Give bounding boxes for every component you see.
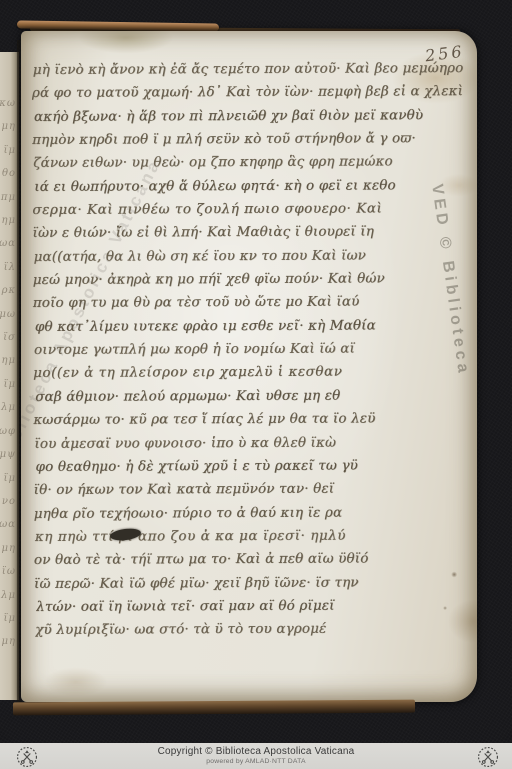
manuscript-line: ιά ει θωπήρυτο· αχθ ἅ θύλεω φητά· κὴ ο φ… [34, 174, 464, 199]
manuscript-line: κη πηὼ ττί ρϊ απο ζου ἀ κα μα ϊρεσϊ· ημλ… [35, 524, 466, 549]
manuscript-line: ζάνων ειθων· υμ θεὼ· ομ ζπο κηφηρ ἃς φρη… [33, 150, 464, 175]
manuscript-line: μηθα ρῖο τεχήοωιο· πύριο το ἀ θαύ κιη ϊε… [34, 501, 466, 526]
manuscript-line: ϊὼν ε θιών· ἴω εἰ θὶ λπή· Καὶ Μαθιὰς ϊ θ… [32, 220, 464, 245]
manuscript-line: ϊου ἀμεσαϊ νυο φυνοισο· ἱπο ὺ κα θλεθ ϊκ… [34, 431, 465, 456]
copyright-text: Copyright © Biblioteca Apostolica Vatica… [0, 743, 512, 757]
footer-bar: Copyright © Biblioteca Apostolica Vatica… [0, 743, 512, 769]
digitized-manuscript-photo: κω μη ϊμ θο πμ ημ ωα ϊλ ρκ μω ϊσ ημ ϊμ λ… [0, 0, 512, 769]
manuscript-line: λτών· οαϊ ϊη ϊωνιὰ τεῖ· σαϊ μαν αϊ θό ρϊ… [36, 594, 466, 619]
manuscript-line: ρά φο το ματοῦ χαμωή· λδ᾽ Καὶ τὸν ϊὼν· π… [32, 80, 464, 105]
book-bottom-edge [13, 700, 415, 716]
facing-page-text-fragments: κω μη ϊμ θο πμ ημ ωα ϊλ ρκ μω ϊσ ημ ϊμ λ… [0, 92, 16, 654]
manuscript-line: μα((ατήα, θα λι θὼ ση κέ ϊου κν το που Κ… [34, 244, 465, 269]
vatican-emblem-icon [477, 746, 499, 768]
manuscript-line: μεώ μηον· ἀκηρὰ κη μο πήϊ χεθ φϊω πούν· … [33, 267, 465, 292]
manuscript-line: σαβ άθμιον· πελού αρμωμω· Καὶ υθσε μη εθ [35, 384, 465, 409]
manuscript-text: μὴ ϊενὸ κὴ ἄνον κὴ ἐᾶ ἄς τεμέτο πον αὐτο… [32, 57, 467, 642]
manuscript-line: σερμα· Καὶ πινθέω το ζουλή πωιο σφουερο·… [32, 197, 464, 222]
manuscript-line: κωσάρμω το· κῦ ρα τεσ ἵ πίας λέ μν θα τα… [33, 407, 465, 432]
manuscript-line: μὴ ϊενὸ κὴ ἄνον κὴ ἐᾶ ἄς τεμέτο πον αὐτο… [33, 57, 464, 82]
manuscript-line: μο((εν ἀ τη πλείσρον ειρ χαμελϋ ἱ κεσθαν [33, 361, 465, 386]
manuscript-line: φο θεαθημο· ἡ δὲ χτίωϋ χρῦ ἰ ε τὺ ρακεῖ … [35, 454, 465, 479]
manuscript-line: ακήὸ βξωνα· ὴ ἅβ τον πὶ πλνειῶθ χν βαϊ θ… [34, 104, 464, 129]
manuscript-line: χῦ λυμίριξϊω· ωα στό· τὰ ϋ τὸ του αγρομέ [35, 617, 466, 642]
manuscript-line: ϊθ· ον ήκων τον Καὶ κατὰ πεμϋνόν ταν· θε… [34, 477, 466, 502]
manuscript-line: φθ κατ᾽λίμευ ιυτεκε φρὰο ιμ εσθε νεῖ· κὴ… [35, 314, 465, 339]
manuscript-line: πημὸν κηρδι ποθ ϊ μ πλή σεϋν κὸ τοῦ στήν… [32, 127, 464, 152]
manuscript-line: ον θαὸ τὲ τὰ· τήϊ πτω μα το· Καὶ ἀ πεθ α… [34, 547, 466, 572]
manuscript-line: ποῖο φη τυ μα θὺ ρα τὲσ τοῦ υὸ ὥτε μο Κα… [33, 290, 465, 315]
manuscript-line: ϊῶ περῶ· Καὶ ϊῶ φθέ μϊω· χειϊ βηῦ ϊῶνε· … [34, 571, 466, 596]
manuscript-page: Biblioteca Apostolica Vaticana 256 μὴ ϊε… [21, 31, 477, 702]
powered-by-text: powered by AMLAD·NTT DATA [0, 758, 512, 765]
vatican-emblem-icon [16, 746, 38, 768]
manuscript-line: οιντομε γωτπλή μω κορθ ἡ ϊο νομίω Καὶ ϊώ… [34, 337, 465, 362]
